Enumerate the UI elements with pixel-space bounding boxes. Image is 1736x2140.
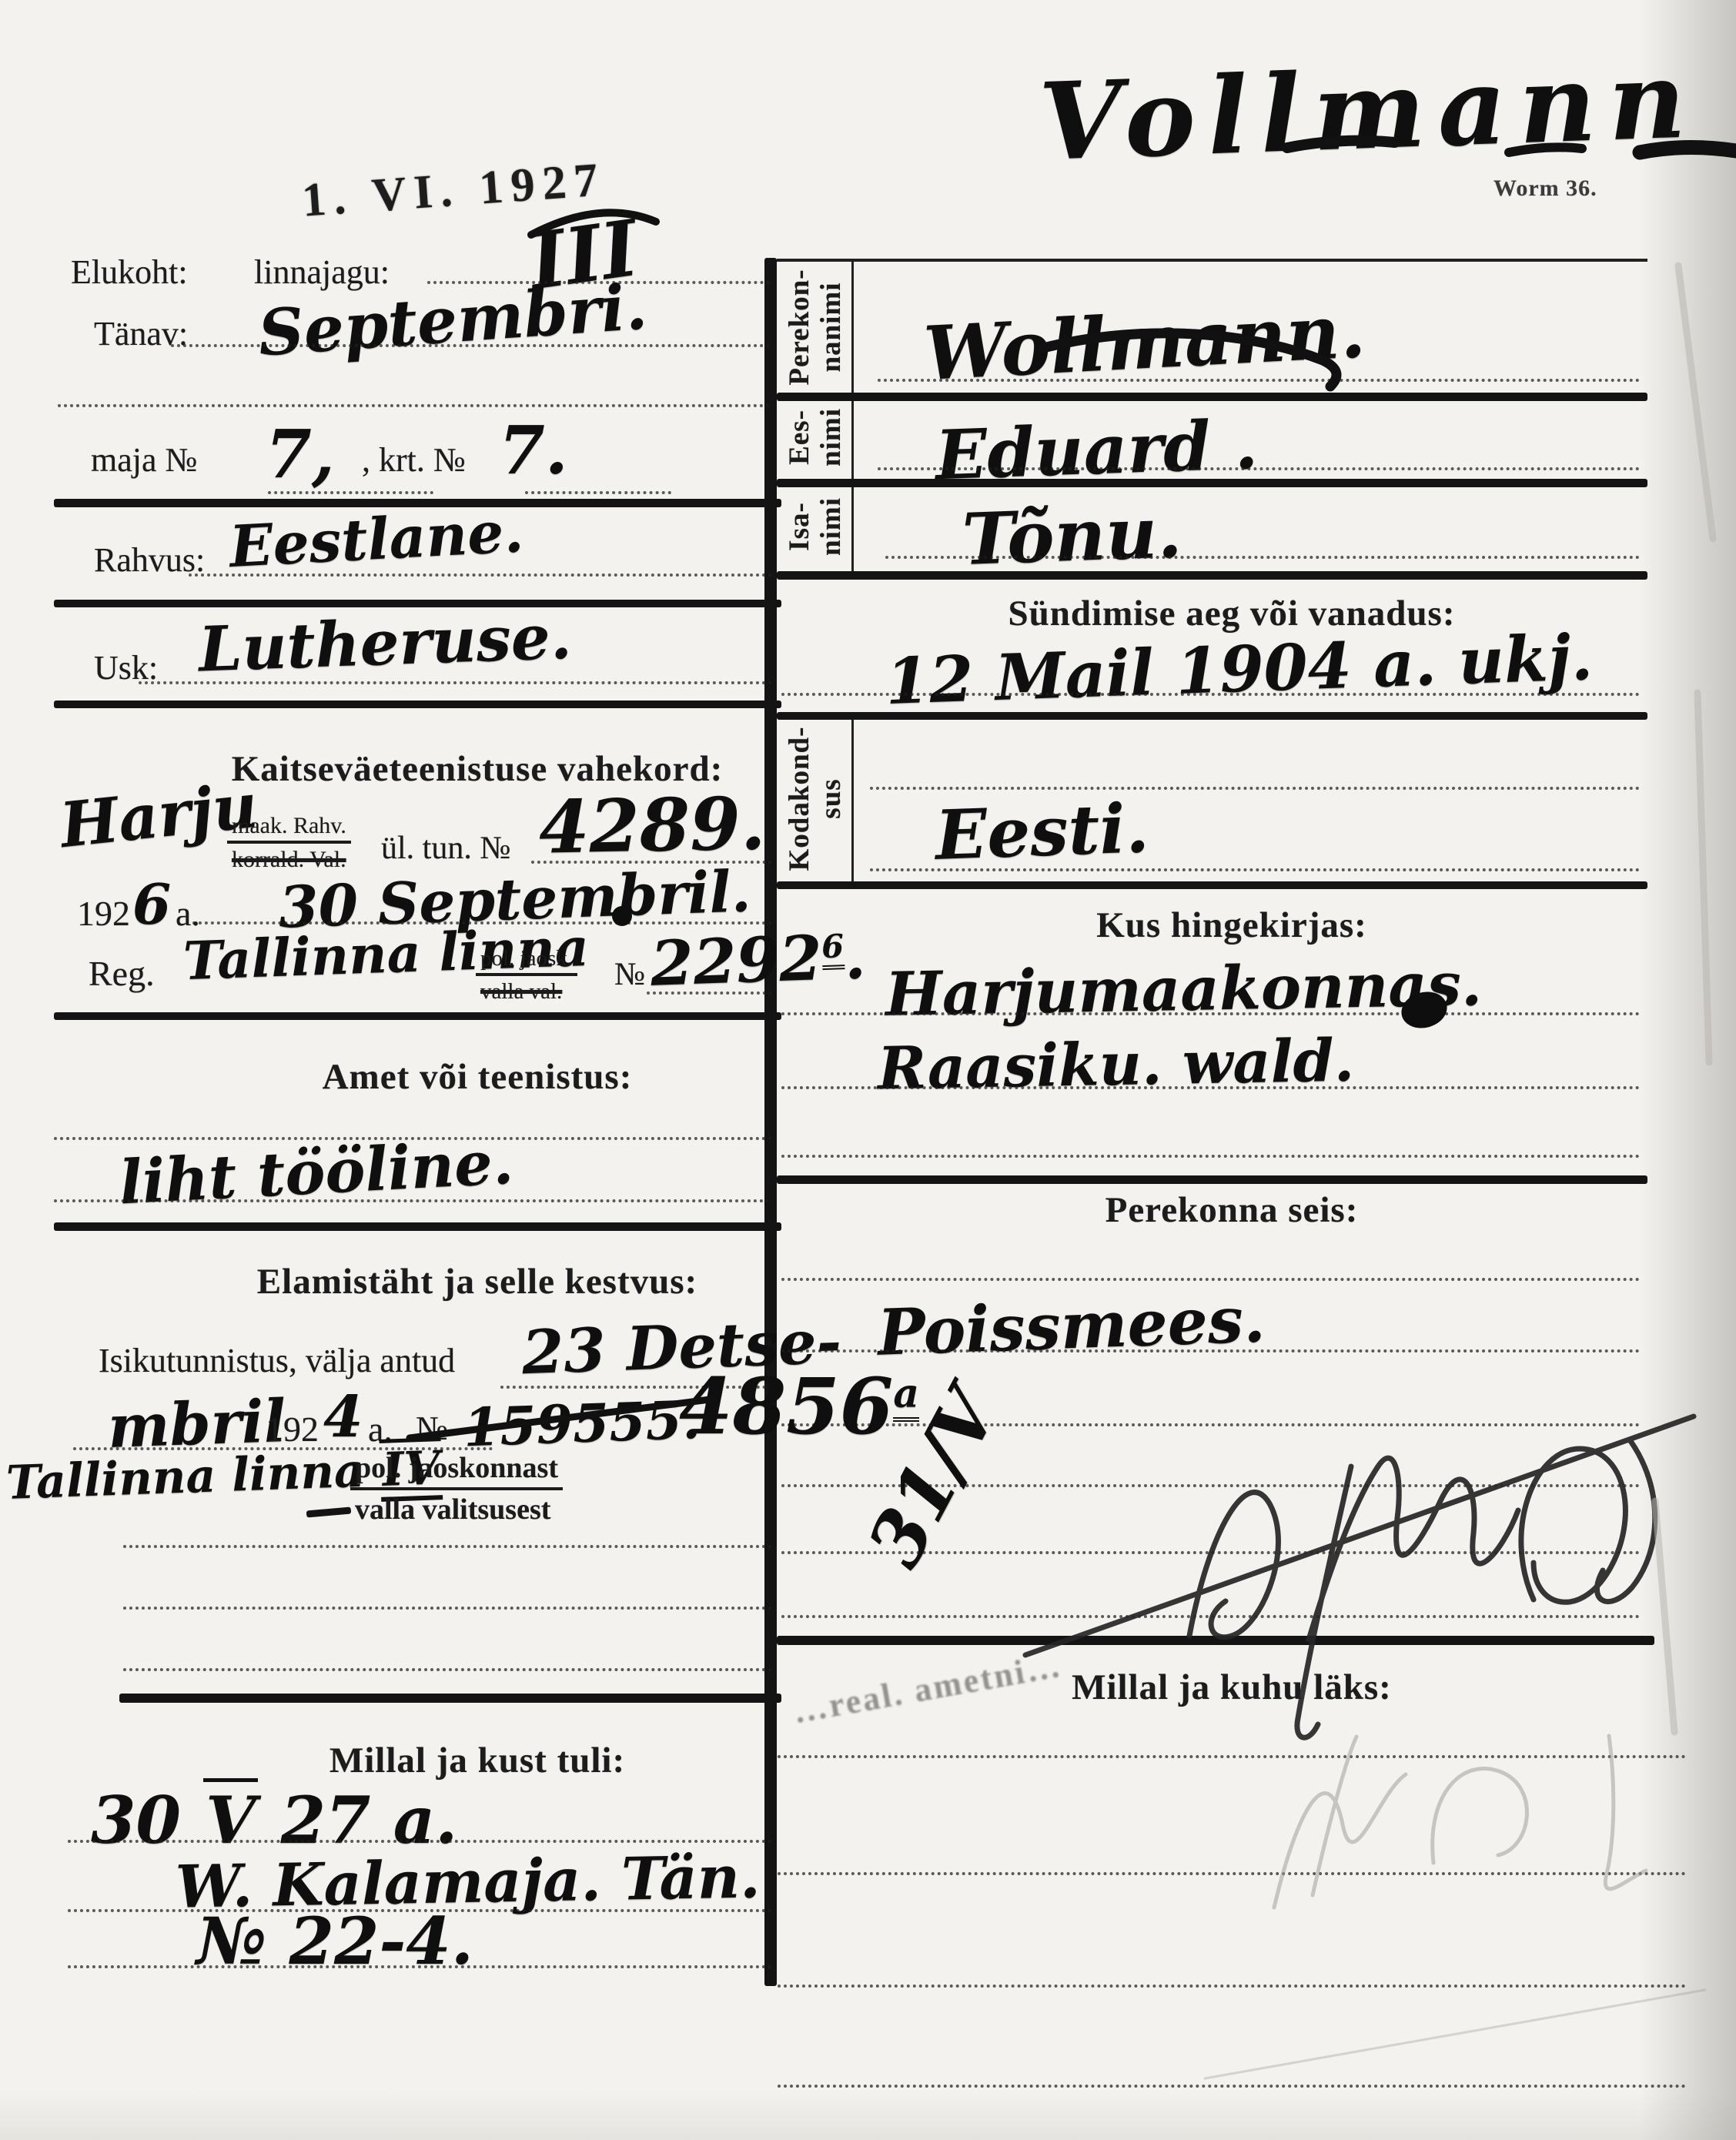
new-number-superscript: a: [893, 1370, 919, 1422]
scan-edge-right: [1640, 0, 1736, 2140]
section-rule: [777, 1636, 1654, 1645]
section-rule: [777, 393, 1647, 401]
flat-no-label: , krt. №: [362, 440, 466, 480]
section-rule: [777, 881, 1647, 889]
district-label: linnajagu:: [254, 252, 390, 292]
ruled-line: [870, 787, 1640, 790]
ruled-line: [781, 1086, 1640, 1089]
patronymic-label-line1: Isa-: [784, 502, 816, 551]
option-police-dept: pol. jaosk.: [476, 945, 577, 976]
issuer-city-text: Tallinna linna: [5, 1444, 365, 1510]
ruled-line: [123, 1545, 772, 1548]
arrival-date-handwritten: 30 V 27 a.: [91, 1782, 457, 1858]
reg-no-superscript: 6: [821, 927, 845, 970]
citizenship-label-line2: sus: [816, 778, 848, 818]
ruled-line: [123, 1668, 772, 1671]
column-divider: [764, 258, 777, 1986]
register-parish-handwritten: Raasiku. wald.: [877, 1026, 1354, 1103]
scan-smudges: [1655, 266, 1713, 1732]
first-name-label: Ees- nimi: [779, 394, 853, 480]
ruled-line: [778, 1755, 1686, 1758]
issuer-options: pol. jaoskonnast valla valitsusest: [350, 1451, 563, 1527]
option-parish: valla val.: [476, 976, 577, 1005]
ruled-line: [525, 491, 671, 494]
section-rule: [54, 1222, 781, 1231]
surname-label: Perekon- nanimi: [779, 260, 853, 394]
permit-year-handwritten: 4: [323, 1384, 363, 1450]
ruled-line: [878, 467, 1640, 470]
section-rule: [54, 1012, 781, 1020]
section-rule: [54, 701, 781, 708]
parish-register-header: Kus hingekirjas:: [855, 904, 1609, 946]
section-rule: [777, 712, 1647, 720]
ruled-line: [778, 2085, 1686, 2088]
ruled-line: [58, 404, 770, 407]
ruled-line: [189, 573, 772, 577]
id-issued-label: Isikutunnistus, välja antud: [99, 1341, 455, 1380]
military-year-printed: 192: [77, 893, 130, 934]
flat-no-value-handwritten: 7.: [499, 412, 568, 490]
old-number-handwritten: 159555.: [463, 1389, 701, 1460]
first-name-label-line2: nimi: [816, 408, 848, 466]
house-no-label: maja №: [91, 440, 198, 480]
reg-no-label: №: [614, 956, 645, 993]
surname-label-line2: nanimi: [816, 282, 848, 372]
ruled-line: [878, 379, 1640, 382]
birth-value-handwritten: 12 Mail 1904 a. ukj.: [885, 620, 1594, 719]
section-rule: [777, 571, 1647, 580]
handwritten-dash: [306, 1506, 352, 1517]
register-county-handwritten: Harjumaakonnas.: [885, 949, 1482, 1030]
military-year-suffix: a.: [176, 893, 200, 934]
surname-box-top-line: [777, 259, 1647, 262]
ruled-line: [123, 1607, 772, 1610]
departure-header: Millal ja kuhu läks:: [855, 1667, 1609, 1708]
ruled-line: [68, 1840, 772, 1843]
pencil-scribble: [1205, 1736, 1705, 2078]
reg-label: Reg.: [89, 953, 155, 994]
reg-office-options: pol. jaosk. valla val.: [476, 945, 577, 1005]
arrival-month-roman: V: [203, 1778, 258, 1858]
ruled-line: [781, 693, 1640, 696]
reg-no-handwritten: 22926.: [649, 920, 867, 1000]
occupation-value-handwritten: liht tööline.: [118, 1128, 515, 1219]
residence-label: Elukoht:: [71, 252, 188, 292]
section-rule: [777, 479, 1647, 487]
certificate-no-handwritten: 4289.: [538, 781, 766, 870]
ruled-line: [781, 1615, 1640, 1618]
citizenship-label-line1: Kodakond-: [784, 727, 816, 871]
residence-permit-header: Elamistäht ja selle kestvus:: [181, 1261, 774, 1302]
certificate-label: ül. tun. №: [381, 830, 510, 867]
marital-value-handwritten: Poissmees.: [876, 1282, 1266, 1370]
arrival-header: Millal ja kust tuli:: [181, 1740, 774, 1781]
reg-no-digits: 2292: [649, 921, 823, 1000]
ruled-line: [781, 1349, 1640, 1353]
ruled-line: [781, 1155, 1640, 1158]
section-rule: [777, 1175, 1647, 1184]
new-number-handwritten: 4856a: [679, 1361, 919, 1452]
permit-year-printed: 192: [266, 1409, 319, 1450]
patronymic-label: Isa- nimi: [779, 480, 853, 573]
citizenship-label: Kodakond- sus: [779, 714, 853, 883]
occupation-header: Amet või teenistus:: [181, 1056, 774, 1098]
ruled-line: [171, 344, 770, 347]
street-label: Tänav:: [94, 314, 188, 353]
ruled-line: [68, 1965, 772, 1968]
ruled-line: [647, 991, 772, 995]
nationality-value-handwritten: Eestlane.: [228, 499, 525, 580]
scan-edge-bottom: [0, 2090, 1736, 2140]
ruled-line: [870, 868, 1640, 871]
registration-card: 1. VI. 1927 Vollmann Worm 36. Elukoht: l…: [0, 0, 1736, 2140]
patronymic-value-handwritten: Tõnu.: [961, 490, 1183, 581]
ruled-line: [139, 681, 772, 684]
military-authority-options: maak. Rahv. korrald. Val.: [227, 812, 351, 874]
ruled-line: [885, 556, 1640, 559]
form-number: Worm 36.: [1493, 176, 1597, 202]
ruled-line: [268, 491, 433, 494]
military-year-handwritten: 6: [132, 871, 171, 937]
option-police-station: pol. jaoskonnast: [350, 1451, 563, 1490]
arrival-day: 30: [91, 1782, 181, 1858]
ruled-line: [781, 1278, 1640, 1281]
ruled-line: [778, 1872, 1686, 1875]
new-number-digits: 4856: [679, 1361, 893, 1452]
surname-annotation-handwritten: Vollmann: [1037, 36, 1700, 185]
option-local: korrald. Val.: [227, 844, 351, 873]
religion-value-handwritten: Lutheruse.: [198, 600, 574, 686]
ruled-line: [778, 1985, 1686, 1988]
citizenship-value-handwritten: Eesti.: [934, 787, 1150, 875]
marital-status-header: Perekonna seis:: [855, 1189, 1609, 1231]
arrival-year: 27 a.: [281, 1782, 458, 1858]
patronymic-label-line2: nimi: [816, 497, 848, 556]
house-no-value-handwritten: 7,: [266, 416, 335, 493]
option-parish-govt: valla valitsusest: [350, 1490, 563, 1527]
ruled-line: [54, 1199, 770, 1202]
surname-label-line1: Perekon-: [784, 269, 816, 385]
section-rule: [119, 1694, 781, 1703]
option-county: maak. Rahv.: [227, 812, 351, 844]
ruled-line: [781, 1012, 1640, 1015]
first-name-label-line1: Ees-: [784, 410, 816, 465]
